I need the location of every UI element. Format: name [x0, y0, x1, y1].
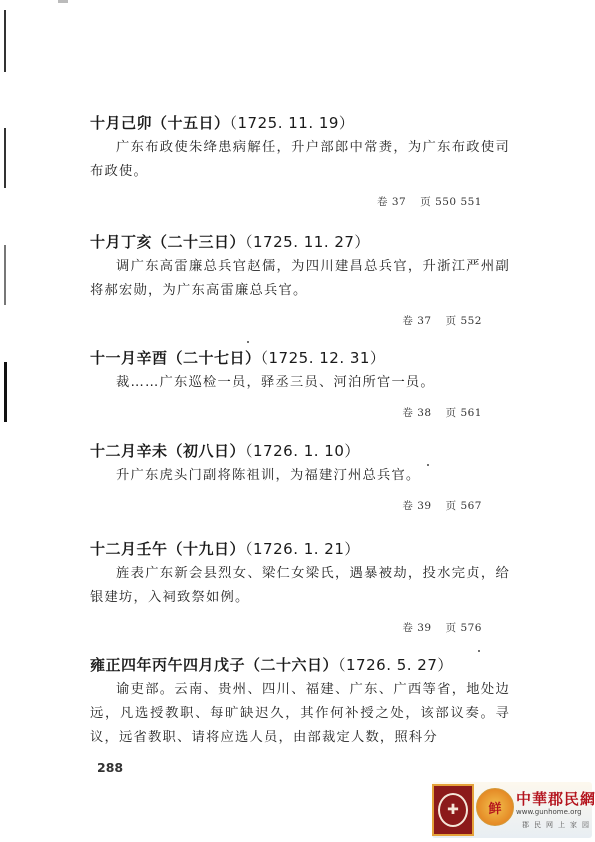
citation-pages: 页 550 551 [420, 196, 482, 208]
entry-text: 谕吏部。云南、贵州、四川、福建、广东、广西等省，地处边远，凡选授教职、每旷缺迟久… [90, 678, 510, 750]
entry-heading: 十月己卯（十五日）（1725. 11. 19） [90, 113, 510, 133]
entry-heading: 十二月壬午（十九日）（1726. 1. 21） [90, 539, 510, 559]
citation-volume: 卷 37 [377, 196, 406, 208]
entry-lunar-date: 雍正四年丙午四月戊子（二十六日） [90, 656, 338, 674]
entry-gregorian-date: （1725. 12. 31） [261, 349, 386, 367]
entry-lunar-date: 十月己卯（十五日） [90, 114, 230, 132]
coin-icon: 鲜 [476, 788, 514, 826]
scan-speck [478, 650, 480, 652]
page-number: 288 [97, 760, 123, 775]
entry-lunar-date: 十二月辛未（初八日） [90, 442, 245, 460]
entry-text: 旌表广东新会县烈女、梁仁女梁氏，遇暴被劫，投水完贞，给银建坊，入祠致祭如例。 [90, 562, 510, 610]
entry-heading: 十月丁亥（二十三日）（1725. 11. 27） [90, 232, 510, 252]
entry-heading: 十一月辛酉（二十七日）（1725. 12. 31） [90, 348, 510, 368]
family-crest-icon: ✚ [432, 784, 474, 836]
scan-edge-line [4, 128, 6, 188]
citation-pages: 页 567 [446, 500, 482, 512]
citation-volume: 卷 39 [402, 500, 431, 512]
entry-text: 升广东虎头门副将陈祖训，为福建汀州总兵官。 [90, 464, 510, 488]
entry-lunar-date: 十一月辛酉（二十七日） [90, 349, 261, 367]
entry-citation: 卷 39页 567 [90, 498, 510, 513]
crest-cross-icon: ✚ [447, 800, 459, 820]
entry-gregorian-date: （1726. 1. 10） [245, 442, 360, 460]
entry-lunar-date: 十二月壬午（十九日） [90, 540, 245, 558]
entry-text: 裁……广东巡检一员，驿丞三员、河泊所官一员。 [90, 371, 510, 395]
entry-citation: 卷 39页 576 [90, 620, 510, 635]
chronicle-entry: 十月丁亥（二十三日）（1725. 11. 27） 调广东高雷廉总兵官赵儒，为四川… [90, 232, 510, 328]
entry-gregorian-date: （1725. 11. 19） [230, 114, 355, 132]
citation-pages: 页 552 [446, 315, 482, 327]
citation-pages: 页 561 [446, 407, 482, 419]
scan-edge-line [4, 362, 7, 422]
coin-character: 鲜 [477, 798, 513, 817]
entry-gregorian-date: （1726. 1. 21） [245, 540, 360, 558]
chronicle-entry: 十一月辛酉（二十七日）（1725. 12. 31） 裁……广东巡检一员，驿丞三员… [90, 348, 510, 420]
site-watermark-logo: ✚ 鲜 中華郡民網 www.gunhome.org 郡民网上家园 [432, 782, 592, 838]
brand-name: 中華郡民網 [516, 788, 595, 809]
scan-speck [247, 341, 249, 343]
chronicle-entry: 雍正四年丙午四月戊子（二十六日）（1726. 5. 27） 谕吏部。云南、贵州、… [90, 655, 510, 750]
brand-slogan: 郡民网上家园 [522, 820, 594, 830]
entry-text: 广东布政使朱绛患病解任，升户部郎中常赉，为广东布政使司布政使。 [90, 136, 510, 184]
citation-volume: 卷 38 [402, 407, 431, 419]
entry-citation: 卷 37页 550 551 [90, 194, 510, 209]
scan-edge-line [4, 245, 6, 305]
scan-edge-line [4, 10, 6, 72]
entry-citation: 卷 38页 561 [90, 405, 510, 420]
chronicle-entry: 十二月辛未（初八日）（1726. 1. 10） 升广东虎头门副将陈祖训，为福建汀… [90, 441, 510, 513]
entry-text: 调广东高雷廉总兵官赵儒，为四川建昌总兵官，升浙江严州副将郝宏勋，为广东高雷廉总兵… [90, 255, 510, 303]
citation-pages: 页 576 [446, 622, 482, 634]
chronicle-entry: 十月己卯（十五日）（1725. 11. 19） 广东布政使朱绛患病解任，升户部郎… [90, 113, 510, 209]
chronicle-entry: 十二月壬午（十九日）（1726. 1. 21） 旌表广东新会县烈女、梁仁女梁氏，… [90, 539, 510, 635]
citation-volume: 卷 37 [402, 315, 431, 327]
scan-mark [58, 0, 68, 3]
entry-gregorian-date: （1726. 5. 27） [338, 656, 453, 674]
entry-citation: 卷 37页 552 [90, 313, 510, 328]
brand-url: www.gunhome.org [516, 808, 582, 816]
entry-gregorian-date: （1725. 11. 27） [245, 233, 370, 251]
citation-volume: 卷 39 [402, 622, 431, 634]
entry-lunar-date: 十月丁亥（二十三日） [90, 233, 245, 251]
entry-heading: 十二月辛未（初八日）（1726. 1. 10） [90, 441, 510, 461]
entry-heading: 雍正四年丙午四月戊子（二十六日）（1726. 5. 27） [90, 655, 510, 675]
